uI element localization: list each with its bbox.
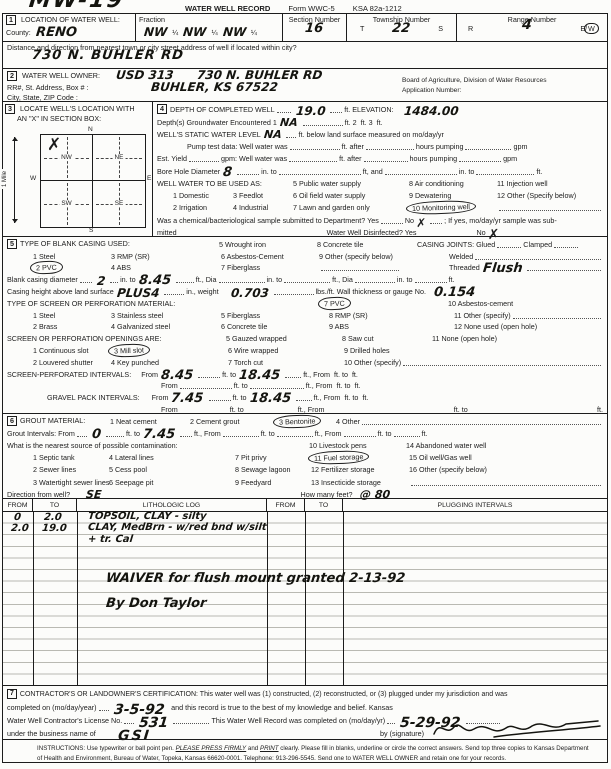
option-other-screen: 11 Other (specify): [454, 311, 511, 320]
log-row1-to: 2.0: [44, 514, 63, 522]
static-water-line: WELL'S STATIC WATER LEVEL NA ft. below l…: [153, 127, 607, 139]
instructions-mid: and: [246, 745, 260, 752]
gravel-pack-from-value: 7.45: [171, 395, 204, 403]
option-galvanized-steel: 4 Galvanized steel: [111, 322, 221, 331]
location-county-cell: 1 LOCATION OF WATER WELL: County: RENO: [3, 14, 136, 41]
option-wire-wrapped: 6 Wire wrapped: [228, 346, 344, 355]
in-to-label: in. to: [459, 167, 475, 176]
section-4-number: 4: [157, 104, 167, 114]
instructions-rest: clearly. Please fill in blanks, underlin…: [279, 745, 589, 752]
option-rmp-sr-screen: 8 RMP (SR): [329, 311, 454, 320]
option-steel-casing: 1 Steel: [33, 252, 111, 261]
wall-thickness-value: 0.154: [434, 289, 476, 297]
mile-label: 1 Mile: [2, 169, 8, 189]
option-irrigation: 2 Irrigation: [173, 203, 233, 212]
ft-from-label: ft., From: [194, 429, 221, 438]
certification-statement: CONTRACTOR'S OR LANDOWNER'S CERTIFICATIO…: [20, 690, 508, 700]
casing-height-value: PLUS4: [116, 289, 159, 297]
contamination-title: What is the nearest source of possible c…: [7, 441, 309, 450]
screen-material-title: TYPE OF SCREEN OR PERFORATION MATERIAL:: [7, 299, 321, 308]
option-cement-grout: 2 Cement grout: [190, 417, 276, 426]
casing-row-1: 5TYPE OF BLANK CASING USED: 5 Wrought ir…: [3, 237, 607, 249]
direction-line: Direction from well? SE How many feet? @…: [3, 487, 607, 499]
gravel-pack-line-1: GRAVEL PACK INTERVALS: From 7.45 ft. to …: [3, 390, 607, 402]
table-divider: [77, 512, 78, 685]
weight-label: in., weight: [186, 287, 218, 296]
casing-diameter-to-value: 8.45: [138, 277, 171, 285]
option-industrial: 4 Industrial: [233, 203, 293, 212]
ft-after-label: ft. after: [342, 142, 364, 151]
ft-label: ft.: [355, 381, 361, 390]
option-abs: 4 ABS: [111, 263, 221, 272]
clamped-label: Clamped: [523, 240, 552, 249]
casing-diameter-label: Blank casing diameter: [7, 275, 78, 284]
static-water-value: NA: [263, 131, 282, 139]
compass-west-label: W: [30, 175, 36, 182]
gravel-pack-label: GRAVEL PACK INTERVALS:: [47, 393, 140, 402]
bore-hole-line: Bore Hole Diameter 8 in. to ft, and in. …: [153, 163, 607, 175]
casing-row-2: 1 Steel 3 RMP (SR) 6 Asbestos-Cement 9 O…: [3, 249, 607, 261]
quadrant-nw-label: NW: [59, 154, 74, 161]
section-owner: 2 WATER WELL OWNER: USD 313 730 N. BUHLE…: [3, 68, 607, 101]
weight-value: 0.703: [230, 289, 269, 297]
section-number-value: 16: [305, 25, 324, 33]
location-title: LOCATION OF WATER WELL:: [21, 15, 120, 24]
option-none-used: 12 None used (open hole): [454, 322, 603, 331]
date-completed-value: 3-5-92: [113, 706, 164, 714]
casing-joints-line: CASING JOINTS: Glued Clamped: [417, 240, 603, 249]
quadrant-sw: SW: [41, 181, 93, 227]
option-none-open-hole: 11 None (open hole): [432, 334, 603, 343]
board-label: Board of Agriculture, Division of Water …: [402, 76, 607, 86]
certification-line-1: 7 CONTRACTOR'S OR LANDOWNER'S CERTIFICAT…: [3, 686, 607, 699]
owner-title: WATER WELL OWNER:: [22, 71, 100, 80]
log-row2-desc: CLAY, MedBrn - w/red bnd w/silt: [88, 524, 267, 532]
log-row1-desc: TOPSOIL, CLAY - silty: [88, 513, 207, 521]
option-louvered-shutter: 2 Louvered shutter: [33, 358, 111, 367]
option-asbestos-cement: 6 Asbestos-Cement: [221, 252, 319, 261]
sample-question-line: Was a chemical/bacteriological sample su…: [153, 212, 607, 224]
openings-row-1: SCREEN OR PERFORATION OPENINGS ARE: 5 Ga…: [3, 331, 607, 343]
est-yield-label: Est. Yield: [157, 154, 187, 163]
option-septic-tank: 1 Septic tank: [33, 453, 109, 462]
fraction-label: Fraction: [139, 15, 165, 24]
in-to-label: in. to: [261, 167, 277, 176]
water-well-record-form: MW-19 WATER WELL RECORD Form WWC-5 KSA 8…: [0, 0, 611, 769]
locate-title-line2: AN "X" IN SECTION BOX:: [5, 114, 150, 123]
pump-test-line: Pump test data: Well water was ft. after…: [153, 139, 607, 151]
range-r-label: R: [468, 24, 473, 33]
screen-interval-from-value: 8.45: [161, 372, 194, 380]
locate-title-line1: 3 LOCATE WELL'S LOCATION WITH: [5, 104, 150, 114]
yield-mid-label: gpm: Well water was: [221, 154, 287, 163]
form-number: Form WWC-5: [288, 4, 334, 13]
from-label: From: [152, 393, 169, 402]
quadrant-se: SE: [93, 181, 145, 227]
elevation-label: ft. ELEVATION:: [344, 105, 393, 114]
ft-label: ft.: [422, 429, 428, 438]
bore-hole-value: 8: [223, 169, 233, 177]
township-value: 22: [392, 25, 411, 34]
groundwater-1-value: NA: [279, 119, 298, 127]
ft-dia-label: ft., Dia: [196, 275, 217, 284]
option-other-grout: 4 Other: [336, 417, 360, 426]
instructions-pre: INSTRUCTIONS: Use typewriter or ball poi…: [37, 745, 176, 752]
openings-row-3: 2 Louvered shutter 4 Key punched 7 Torch…: [3, 355, 607, 367]
casing-title: TYPE OF BLANK CASING USED:: [20, 239, 130, 248]
option-public-water-supply: 5 Public water supply: [293, 179, 409, 188]
groundwater-line: Depth(s) Groundwater Encountered 1 NA ft…: [153, 114, 607, 126]
section-location: 1 LOCATION OF WATER WELL: County: RENO F…: [3, 14, 607, 41]
fraction-3-value: NW: [222, 28, 246, 36]
use-as-title: WELL WATER TO BE USED AS:: [157, 179, 293, 188]
option-steel-screen: 1 Steel: [33, 311, 111, 320]
option-cess-pool: 5 Cess pool: [109, 465, 235, 474]
option-sewer-lines: 2 Sewer lines: [33, 465, 109, 474]
option-asbestos-cement-screen: 10 Asbestos-cement: [448, 299, 603, 308]
option-lawn-garden: 7 Lawn and garden only: [293, 203, 409, 212]
in-to-label: in. to: [120, 275, 136, 284]
groundwater-label: Depth(s) Groundwater Encountered 1: [157, 118, 277, 127]
township-t-label: T: [360, 24, 364, 33]
groundwater-ft3-label: ft. 3: [361, 118, 373, 127]
ft-to-label: ft. to: [334, 370, 348, 379]
mile-arrow: [14, 137, 15, 223]
static-water-rest-label: ft. below land surface measured on mo/da…: [298, 130, 443, 139]
grout-from-value: 0: [91, 431, 101, 439]
form-statute: KSA 82a-1212: [353, 4, 402, 13]
section-distance: Distance and direction from nearest town…: [3, 41, 607, 68]
option-injection-well: 11 Injection well: [497, 179, 603, 188]
license-label: Water Well Contractor's License No.: [7, 716, 122, 726]
option-fertilizer-storage: 12 Fertilizer storage: [311, 465, 409, 474]
county-label: County:: [6, 28, 31, 37]
owner-street-value: 730 N. BUHLER RD: [196, 71, 322, 79]
ft-label: ft.: [449, 275, 455, 284]
screen-intervals-line-1: SCREEN-PERFORATED INTERVALS: From 8.45 f…: [3, 367, 607, 379]
option-key-punched: 4 Key punched: [111, 358, 228, 367]
ft-to-label: ft. to: [337, 381, 351, 390]
table-divider: [267, 512, 268, 685]
owner-name-value: USD 313: [116, 71, 174, 79]
log-row3-desc: + tr. Cal: [88, 536, 134, 544]
ft-from-label: ft., From: [314, 393, 341, 402]
option-stainless-steel: 3 Stainless steel: [111, 311, 221, 320]
quarter-glyph: ¼: [212, 28, 218, 37]
option-other-openings: 10 Other (specify): [344, 358, 401, 367]
grout-to-value: 7.45: [143, 431, 176, 439]
section-grid: ✗ NW NE SW SE: [40, 134, 146, 228]
casing-height-line: Casing height above land surface PLUS4 i…: [3, 284, 607, 296]
quadrant-ne: NE: [93, 135, 145, 181]
range-value: 4: [522, 21, 533, 29]
casing-row-3: 2 PVC 4 ABS 7 Fiberglass ThreadedFlush: [3, 261, 607, 273]
option-concrete-tile-screen: 6 Concrete tile: [221, 322, 329, 331]
option-brass: 2 Brass: [33, 322, 111, 331]
ft-after-label: ft. after: [339, 154, 361, 163]
contamination-row-3: 2 Sewer lines 5 Cess pool 8 Sewage lagoo…: [3, 462, 607, 474]
range-ew-label: E/W: [580, 24, 596, 33]
threaded-value: Flush: [482, 265, 522, 273]
quarter-glyph: ¼: [172, 28, 178, 37]
location-range-cell: Range Number R 4 E/W: [457, 14, 607, 41]
table-divider: [305, 512, 306, 685]
option-other-contamination: 16 Other (specify below): [409, 465, 603, 474]
contamination-row-2: 1 Septic tank 4 Lateral lines 7 Pit priv…: [3, 450, 607, 462]
owner-city-value: BUHLER, KS 67522: [150, 83, 278, 91]
form-body: 1 LOCATION OF WATER WELL: County: RENO F…: [2, 13, 608, 763]
option-pit-privy: 7 Pit privy: [235, 453, 311, 462]
grout-title: GROUT MATERIAL:: [20, 416, 85, 425]
section-2-number: 2: [7, 71, 17, 81]
option-other-casing: 9 Other (specify below): [319, 252, 419, 261]
option-neat-cement: 1 Neat cement: [110, 417, 190, 426]
waiver-note-line1: WAIVER for flush mount granted 2-13-92: [106, 575, 406, 583]
ft-label: ft.: [352, 370, 358, 379]
est-yield-line: Est. Yield gpm: Well water was ft. after…: [153, 151, 607, 163]
option-wrought-iron: 5 Wrought iron: [219, 240, 317, 249]
gpm-label: gpm: [513, 142, 527, 151]
option-gauzed-wrapped: 5 Gauzed wrapped: [226, 334, 342, 343]
sample-question-label: Was a chemical/bacteriological sample su…: [157, 216, 379, 225]
quadrant-nw: ✗ NW: [41, 135, 93, 181]
casing-joints-label: CASING JOINTS: Glued: [417, 240, 495, 249]
ft-from-label: ft., From: [315, 429, 342, 438]
option-feedlot: 3 Feedlot: [233, 191, 293, 200]
instructions-print: PRINT: [260, 745, 279, 752]
section-3-number: 3: [5, 104, 15, 114]
option-watertight-sewer-lines: 3 Watertight sewer lines: [33, 478, 109, 487]
quadrant-sw-label: SW: [59, 200, 73, 207]
ft-to-label: ft. to: [344, 393, 358, 402]
hours-pumping-label: hours pumping: [416, 142, 464, 151]
sample-rest-label: ; If yes, mo/day/yr sample was sub-: [444, 216, 557, 225]
quarter-glyph: ¼: [251, 28, 257, 37]
ft-to-label: ft. to: [222, 370, 236, 379]
welded-label: Welded: [449, 252, 473, 261]
instructions-line-2: of Health and Environment, Bureau of Wat…: [37, 754, 601, 764]
bore-hole-label: Bore Hole Diameter: [157, 167, 220, 176]
log-row2-to: 19.0: [42, 525, 68, 533]
certification-line-4: under the business name of GSI by (signa…: [3, 725, 607, 738]
option-air-conditioning: 8 Air conditioning: [409, 179, 497, 188]
ft-dia-label: ft., Dia: [332, 275, 353, 284]
option-saw-cut: 8 Saw cut: [342, 334, 432, 343]
form-instructions: INSTRUCTIONS: Use typewriter or ball poi…: [3, 739, 607, 764]
section-certification: 7 CONTRACTOR'S OR LANDOWNER'S CERTIFICAT…: [3, 685, 607, 739]
contamination-row-4: 3 Watertight sewer lines 6 Seepage pit 9…: [3, 474, 607, 486]
log-row2-from: 2.0: [11, 525, 30, 533]
grout-title-cell: 6GROUT MATERIAL:: [7, 416, 110, 426]
compass-north-label: N: [88, 126, 93, 133]
depth-label: DEPTH OF COMPLETED WELL: [170, 105, 275, 114]
screen-material-row-2: 2 Brass 4 Galvanized steel 6 Concrete ti…: [3, 320, 607, 332]
section-location-box: 3 LOCATE WELL'S LOCATION WITH AN "X" IN …: [3, 102, 153, 236]
option-seepage-pit: 6 Seepage pit: [109, 478, 235, 487]
section-1-number: 1: [6, 15, 16, 25]
section-6-number: 6: [7, 416, 17, 426]
screen-intervals-line-2: From ft. to ft., From ft. to ft.: [3, 379, 607, 391]
screen-material-row-1: 1 Steel 3 Stainless steel 5 Fiberglass 8…: [3, 308, 607, 320]
quadrant-ne-label: NE: [113, 154, 126, 161]
in-to-label: in. to: [397, 275, 413, 284]
form-header: WATER WELL RECORD Form WWC-5 KSA 82a-121…: [185, 4, 402, 13]
depth-line: 4 DEPTH OF COMPLETED WELL 19.0 ft. ELEVA…: [153, 102, 607, 114]
location-township-cell: Township Number T 22 S: [347, 14, 457, 41]
option-lateral-lines: 4 Lateral lines: [109, 453, 235, 462]
casing-diameter-value: 2: [96, 277, 105, 285]
county-value: RENO: [35, 29, 77, 37]
record-true-label: and this record is true to the best of m…: [171, 703, 393, 713]
range-w-circled: W: [584, 23, 599, 35]
ft-to-label: ft. to: [378, 429, 392, 438]
form-title: WATER WELL RECORD: [185, 4, 270, 13]
groundwater-ft2-label: ft. 2: [345, 118, 357, 127]
ft-from-label: ft., From: [306, 381, 333, 390]
ft-from-label: ft., From: [303, 370, 330, 379]
option-rmp-sr: 3 RMP (SR): [111, 252, 221, 261]
fraction-2-value: NW: [183, 28, 207, 36]
grout-intervals-line: Grout Intervals: From 0 ft. to 7.45 ft.,…: [3, 426, 607, 438]
quadrant-se-label: SE: [113, 200, 126, 207]
wall-thickness-label: lbs./ft. Wall thickness or gauge No.: [316, 287, 426, 296]
screen-intervals-label: SCREEN-PERFORATED INTERVALS:: [7, 370, 131, 379]
option-oil-gas-well: 15 Oil well/Gas well: [409, 453, 603, 462]
compass-south-label: S: [89, 227, 93, 234]
well-id-annotation: MW-19: [29, 0, 125, 5]
ft-to-label: ft. to: [233, 393, 247, 402]
waiver-note-line2: By Don Taylor: [106, 600, 207, 608]
use-as-row-3: 2 Irrigation 4 Industrial 7 Lawn and gar…: [153, 200, 607, 212]
option-fiberglass-screen: 5 Fiberglass: [221, 311, 329, 320]
ft-label: ft.: [377, 118, 383, 127]
business-name-label: under the business name of: [7, 729, 96, 739]
table-divider: [33, 512, 34, 685]
screen-material-title-row: TYPE OF SCREEN OR PERFORATION MATERIAL: …: [3, 296, 607, 308]
compass-east-label: E: [147, 175, 151, 182]
use-as-row-1: WELL WATER TO BE USED AS: 5 Public water…: [153, 176, 607, 188]
option-abs-screen: 9 ABS: [329, 322, 454, 331]
casing-title-cell: 5TYPE OF BLANK CASING USED:: [7, 239, 219, 249]
openings-row-2: 1 Continuous slot 3 Mill slot 6 Wire wra…: [3, 343, 607, 355]
hours-pumping-label: hours pumping: [410, 154, 458, 163]
owner-left: 2 WATER WELL OWNER: USD 313 730 N. BUHLE…: [3, 69, 402, 101]
application-number-label: Application Number:: [402, 86, 607, 96]
well-data-cell: 4 DEPTH OF COMPLETED WELL 19.0 ft. ELEVA…: [153, 102, 607, 236]
grout-row-1: 6GROUT MATERIAL: 1 Neat cement 2 Cement …: [3, 414, 607, 426]
section-well-data: 3 LOCATE WELL'S LOCATION WITH AN "X" IN …: [3, 101, 607, 236]
ft-to-label: ft. to: [261, 429, 275, 438]
license-value: 531: [139, 719, 169, 727]
instructions-press-firmly: PLEASE PRESS FIRMLY: [176, 745, 247, 752]
option-abandoned-water-well: 14 Abandoned water well: [406, 441, 603, 450]
threaded-label: Threaded: [449, 263, 480, 272]
elevation-value: 1484.00: [403, 107, 458, 115]
option-domestic: 1 Domestic: [173, 191, 233, 200]
gravel-pack-to-value: 18.45: [249, 395, 291, 403]
sample-no-label: No: [405, 216, 414, 225]
log-table-body: 0 2.0 TOPSOIL, CLAY - silty 2.0 19.0 CLA…: [3, 511, 607, 685]
from-label: From: [141, 370, 158, 379]
log-row1-from: 0: [14, 514, 22, 522]
section-grout: 6GROUT MATERIAL: 1 Neat cement 2 Cement …: [3, 413, 607, 498]
option-livestock-pens: 10 Livestock pens: [309, 441, 406, 450]
gpm-label: gpm: [503, 154, 517, 163]
option-dewatering: 9 Dewatering: [409, 191, 497, 200]
use-as-row-2: 1 Domestic 3 Feedlot 6 Oil field water s…: [153, 188, 607, 200]
record-completed-label: This Water Well Record was completed on …: [211, 716, 385, 726]
ft-label: ft.: [362, 393, 368, 402]
table-divider: [343, 512, 344, 685]
option-feedyard: 9 Feedyard: [235, 478, 311, 487]
openings-title: SCREEN OR PERFORATION OPENINGS ARE:: [7, 334, 226, 343]
log-table-header: FROM TO LITHOLOGIC LOG FROM TO PLUGGING …: [3, 498, 607, 511]
section-5-number: 5: [7, 239, 17, 249]
well-location-x-mark: ✗: [47, 135, 61, 155]
certification-line-2: completed on (mo/day/year) 3-5-92 and th…: [3, 699, 607, 712]
option-fiberglass-casing: 7 Fiberglass: [221, 263, 319, 272]
in-to-label: in. to: [267, 275, 283, 284]
owner-right: Board of Agriculture, Division of Water …: [402, 69, 607, 101]
option-oil-field-water-supply: 6 Oil field water supply: [293, 191, 409, 200]
option-drilled-holes: 9 Drilled holes: [344, 346, 603, 355]
static-water-label: WELL'S STATIC WATER LEVEL: [157, 130, 261, 139]
mile-scale: 1 Mile: [6, 134, 20, 226]
completed-on-label: completed on (mo/day/year): [7, 703, 97, 713]
section-7-number: 7: [7, 689, 17, 699]
location-fraction-cell: Fraction NW ¼ NW ¼ NW ¼: [136, 14, 283, 41]
pump-test-label: Pump test data: Well water was: [187, 142, 288, 151]
grout-intervals-label: Grout Intervals: From: [7, 429, 75, 438]
casing-height-label: Casing height above land surface: [7, 287, 114, 296]
owner-rr-label: RR#, St. Address, Box # :: [7, 83, 89, 92]
section-casing: 5TYPE OF BLANK CASING USED: 5 Wrought ir…: [3, 236, 607, 413]
locate-title-text1: LOCATE WELL'S LOCATION WITH: [20, 104, 135, 113]
ft-to-label: ft. to: [126, 429, 140, 438]
instructions-line-1: INSTRUCTIONS: Use typewriter or ball poi…: [37, 744, 601, 754]
ft-label: ft.: [536, 167, 542, 176]
option-concrete-tile: 8 Concrete tile: [317, 240, 417, 249]
depth-value: 19.0: [295, 107, 325, 115]
location-section-cell: Section Number 16: [283, 14, 347, 41]
option-other-use: 12 Other (Specify below): [497, 191, 603, 200]
option-continuous-slot: 1 Continuous slot: [33, 346, 111, 355]
township-s-label: S: [438, 24, 443, 33]
option-sewage-lagoon: 8 Sewage lagoon: [235, 465, 311, 474]
option-torch-cut: 7 Torch cut: [228, 358, 344, 367]
distance-value: 730 N. BUHLER RD: [32, 52, 185, 60]
ft-and-label: ft, and: [363, 167, 383, 176]
option-insecticide-storage: 13 Insecticide storage: [311, 478, 409, 487]
screen-interval-to-value: 18.45: [239, 372, 281, 380]
fraction-1-value: NW: [144, 28, 168, 36]
sample-no-x-mark: ✗: [416, 219, 426, 227]
owner-address-line: RR#, St. Address, Box # : BUHLER, KS 675…: [7, 82, 398, 94]
